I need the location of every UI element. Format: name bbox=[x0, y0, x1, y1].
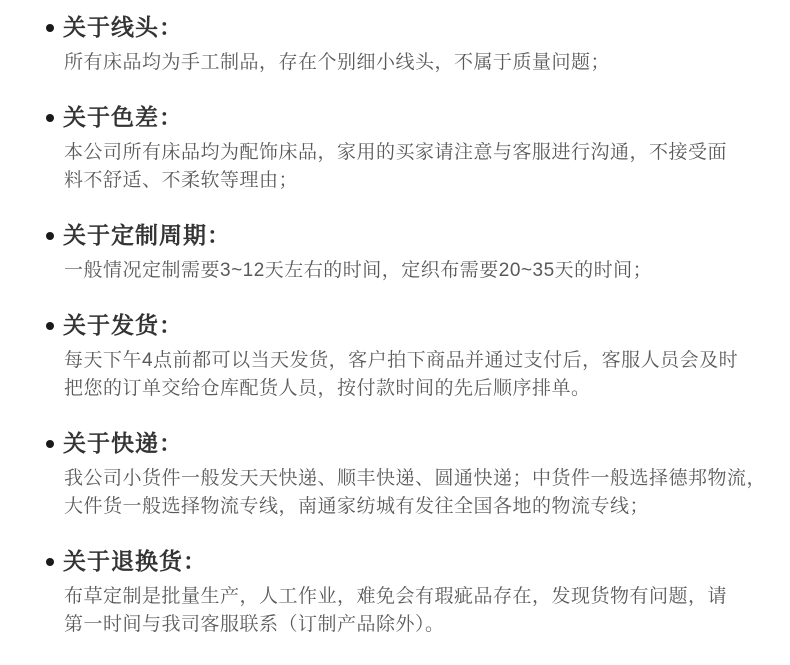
bullet-icon bbox=[46, 24, 54, 32]
section-body-line: 布草定制是批量生产，人工作业，难免会有瑕疵品存在，发现货物有问题，请 bbox=[64, 583, 760, 611]
section-returns: 关于退换货： 布草定制是批量生产，人工作业，难免会有瑕疵品存在，发现货物有问题，… bbox=[46, 548, 760, 639]
section-color-difference: 关于色差： 本公司所有床品均为配饰床品，家用的买家请注意与客服进行沟通，不接受面… bbox=[46, 104, 760, 195]
section-body-line: 把您的订单交给仓库配货人员，按付款时间的先后顺序排单。 bbox=[64, 375, 760, 403]
section-body-line: 所有床品均为手工制品，存在个别细小线头，不属于质量问题； bbox=[64, 49, 760, 77]
section-body: 每天下午4点前都可以当天发货，客户拍下商品并通过支付后，客服人员会及时 把您的订… bbox=[64, 347, 760, 403]
section-heading-row: 关于退换货： bbox=[46, 548, 760, 574]
section-body: 布草定制是批量生产，人工作业，难免会有瑕疵品存在，发现货物有问题，请 第一时间与… bbox=[64, 583, 760, 639]
section-express-delivery: 关于快递： 我公司小货件一般发天天快递、顺丰快递、圆通快递；中货件一般选择德邦物… bbox=[46, 430, 760, 521]
bullet-icon bbox=[46, 322, 54, 330]
section-body: 我公司小货件一般发天天快递、顺丰快递、圆通快递；中货件一般选择德邦物流， 大件货… bbox=[64, 465, 760, 521]
section-body: 一般情况定制需要3~12天左右的时间，定织布需要20~35天的时间； bbox=[64, 257, 760, 285]
section-heading-row: 关于定制周期： bbox=[46, 222, 760, 248]
section-heading: 关于退换货： bbox=[63, 548, 207, 574]
section-heading: 关于色差： bbox=[63, 104, 183, 130]
bullet-icon bbox=[46, 232, 54, 240]
bullet-icon bbox=[46, 440, 54, 448]
section-shipping: 关于发货： 每天下午4点前都可以当天发货，客户拍下商品并通过支付后，客服人员会及… bbox=[46, 312, 760, 403]
section-heading-row: 关于色差： bbox=[46, 104, 760, 130]
section-body-line: 料不舒适、不柔软等理由； bbox=[64, 167, 760, 195]
section-body-line: 我公司小货件一般发天天快递、顺丰快递、圆通快递；中货件一般选择德邦物流， bbox=[64, 465, 760, 493]
section-body-line: 大件货一般选择物流专线，南通家纺城有发往全国各地的物流专线； bbox=[64, 493, 760, 521]
section-heading-row: 关于快递： bbox=[46, 430, 760, 456]
section-body-line: 每天下午4点前都可以当天发货，客户拍下商品并通过支付后，客服人员会及时 bbox=[64, 347, 760, 375]
faq-page: 关于线头： 所有床品均为手工制品，存在个别细小线头，不属于质量问题； 关于色差：… bbox=[0, 0, 790, 665]
section-body-line: 本公司所有床品均为配饰床品，家用的买家请注意与客服进行沟通，不接受面 bbox=[64, 139, 760, 167]
section-body-line: 第一时间与我司客服联系（订制产品除外）。 bbox=[64, 611, 760, 639]
section-heading: 关于线头： bbox=[63, 14, 183, 40]
section-body-line: 一般情况定制需要3~12天左右的时间，定织布需要20~35天的时间； bbox=[64, 257, 760, 285]
section-heading-row: 关于线头： bbox=[46, 14, 760, 40]
section-heading-row: 关于发货： bbox=[46, 312, 760, 338]
section-body: 所有床品均为手工制品，存在个别细小线头，不属于质量问题； bbox=[64, 49, 760, 77]
section-heading: 关于发货： bbox=[63, 312, 183, 338]
section-body: 本公司所有床品均为配饰床品，家用的买家请注意与客服进行沟通，不接受面 料不舒适、… bbox=[64, 139, 760, 195]
section-heading: 关于快递： bbox=[63, 430, 183, 456]
bullet-icon bbox=[46, 558, 54, 566]
bullet-icon bbox=[46, 114, 54, 122]
section-heading: 关于定制周期： bbox=[63, 222, 231, 248]
section-customization-period: 关于定制周期： 一般情况定制需要3~12天左右的时间，定织布需要20~35天的时… bbox=[46, 222, 760, 285]
section-thread-ends: 关于线头： 所有床品均为手工制品，存在个别细小线头，不属于质量问题； bbox=[46, 14, 760, 77]
